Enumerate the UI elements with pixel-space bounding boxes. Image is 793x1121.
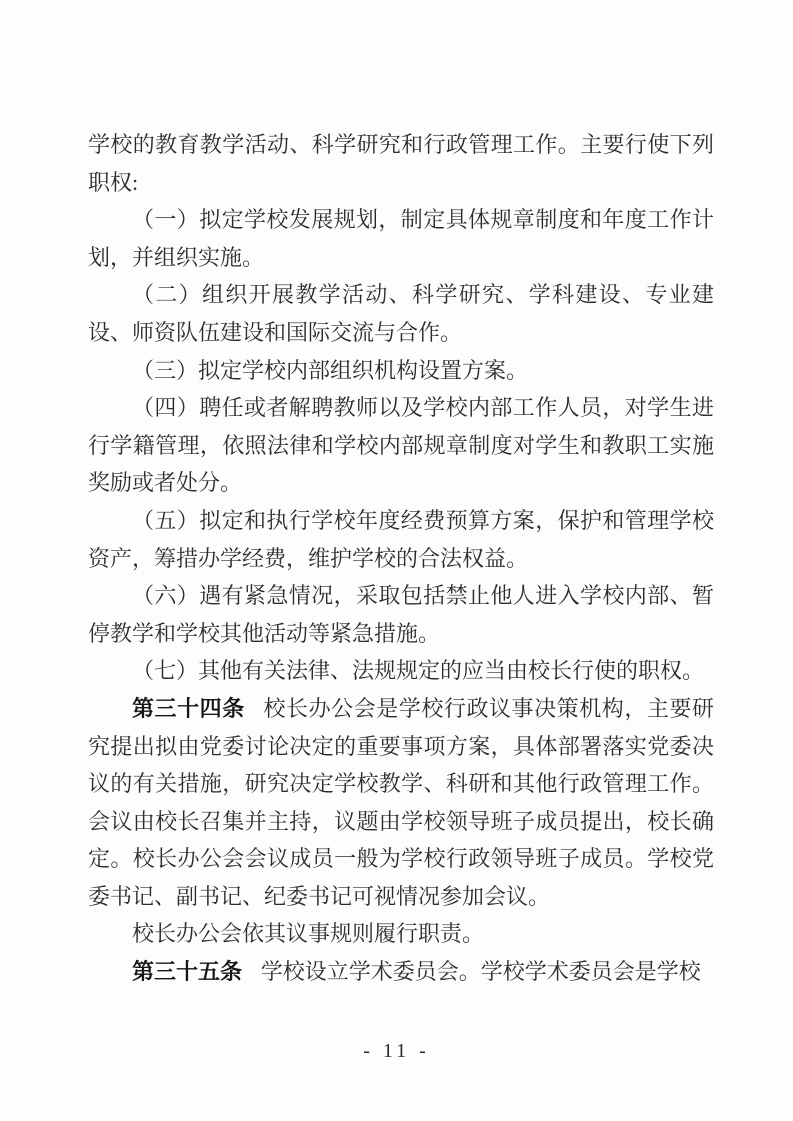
document-page: 学校的教育教学活动、科学研究和行政管理工作。主要行使下列职权:（一）拟定学校发展… (0, 0, 793, 1121)
paragraph: 第三十五条学校设立学术委员会。学校学术委员会是学校 (88, 953, 714, 991)
paragraph: 学校的教育教学活动、科学研究和行政管理工作。主要行使下列职权: (88, 126, 714, 201)
paragraph: （七）其他有关法律、法规规定的应当由校长行使的职权。 (88, 652, 714, 690)
page-number: - 11 - (0, 1040, 793, 1063)
paragraph: （三）拟定学校内部组织机构设置方案。 (88, 352, 714, 390)
paragraph: 第三十四条校长办公会是学校行政议事决策机构，主要研究提出拟由党委讨论决定的重要事… (88, 690, 714, 916)
paragraph: （六）遇有紧急情况，采取包括禁止他人进入学校内部、暂停教学和学校其他活动等紧急措… (88, 577, 714, 652)
paragraph: （五）拟定和执行学校年度经费预算方案，保护和管理学校资产，筹措办学经费，维护学校… (88, 502, 714, 577)
article-number: 第三十五条 (132, 959, 242, 984)
document-body: 学校的教育教学活动、科学研究和行政管理工作。主要行使下列职权:（一）拟定学校发展… (88, 126, 714, 991)
paragraph: （二）组织开展教学活动、科学研究、学科建设、专业建设、师资队伍建设和国际交流与合… (88, 276, 714, 351)
paragraph: （四）聘任或者解聘教师以及学校内部工作人员，对学生进行学籍管理，依照法律和学校内… (88, 389, 714, 502)
paragraph: （一）拟定学校发展规划，制定具体规章制度和年度工作计划，并组织实施。 (88, 201, 714, 276)
paragraph: 校长办公会依其议事规则履行职责。 (88, 915, 714, 953)
article-number: 第三十四条 (132, 696, 245, 721)
